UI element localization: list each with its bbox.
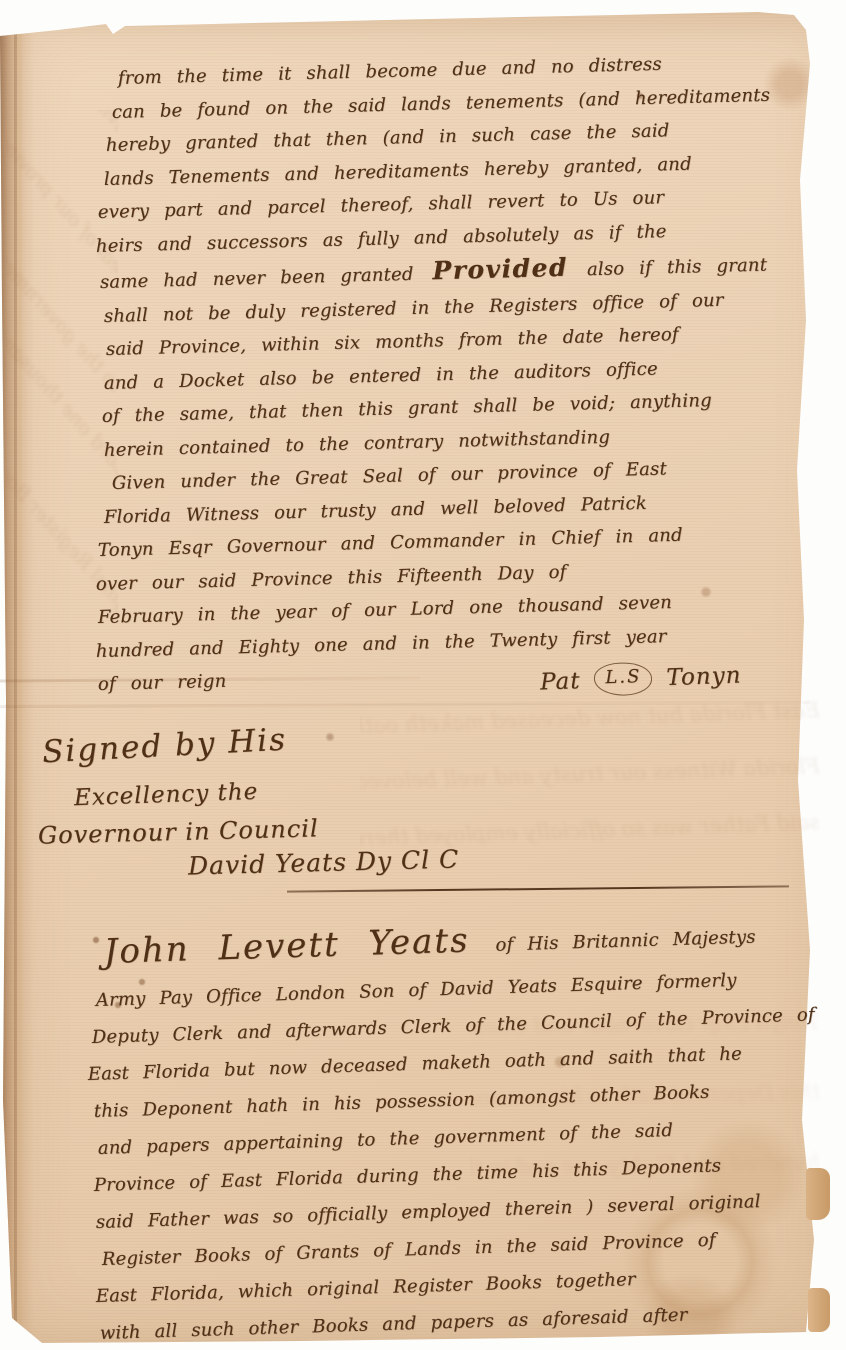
scanned-document: Army Pay Office London Son of David Yeat… [0, 0, 846, 1350]
signature-last-name: Tonyn [666, 662, 742, 691]
provided-word: Provided [428, 253, 572, 286]
deposition-text-block: John Levett Yeats of His Britannic Majes… [104, 928, 815, 1350]
provided-pre: same had never been granted [100, 264, 414, 293]
grant-text-block: from the time it shall become due and no… [118, 62, 770, 702]
deponent-name: John Levett Yeats [103, 921, 470, 972]
governor-signature: Pat L.S Tonyn [539, 658, 741, 698]
deponent-description: of His Britannic Majestys [495, 927, 756, 956]
signature-first-name: Pat [540, 668, 581, 695]
provided-post: also if this grant [587, 255, 768, 281]
seal-mark: L.S [594, 662, 653, 697]
